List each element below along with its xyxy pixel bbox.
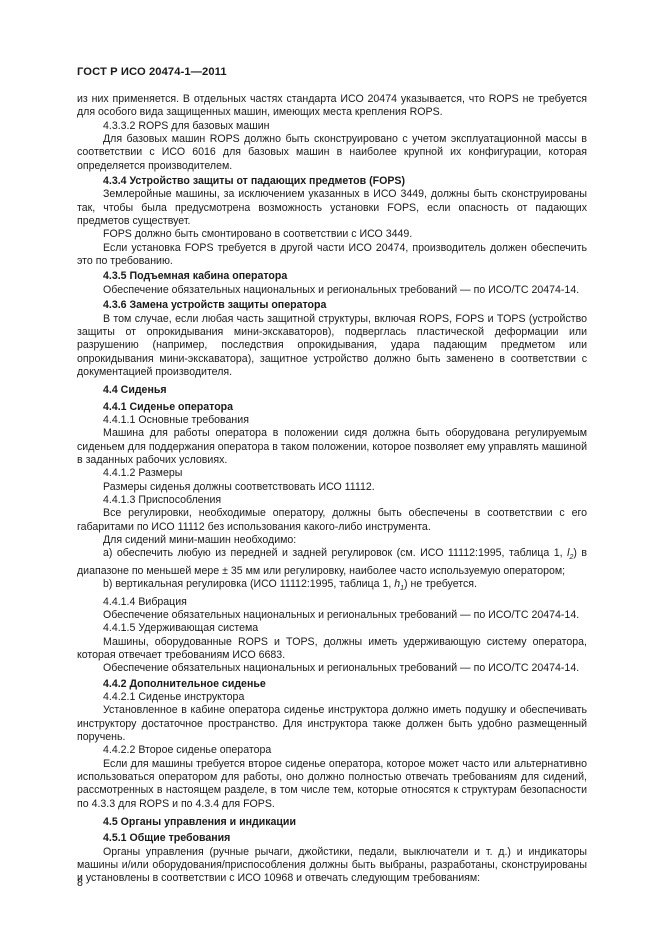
clause-heading: 4.4.1.4 Вибрация [77, 596, 587, 609]
paragraph: Обеспечение обязательных национальных и … [77, 284, 587, 297]
document-header: ГОСТ Р ИСО 20474-1—2011 [77, 66, 227, 78]
clause-heading: 4.3.3.2 ROPS для базовых машин [77, 120, 587, 133]
section-heading: 4.4 Сиденья [77, 384, 587, 397]
paragraph: Для базовых машин ROPS должно быть сконс… [77, 133, 587, 173]
paragraph: Если установка FOPS требуется в другой ч… [77, 242, 587, 269]
list-item: b) вертикальная регулировка (ИСО 11112:1… [77, 578, 587, 595]
paragraph: из них применяется. В отдельных частях с… [77, 93, 587, 120]
paragraph: В том случае, если любая часть защитной … [77, 313, 587, 380]
paragraph: Обеспечение обязательных национальных и … [77, 609, 587, 622]
clause-heading: 4.4.2.1 Сиденье инструктора [77, 691, 587, 704]
clause-heading: 4.4.1.2 Размеры [77, 467, 587, 480]
document-body: из них применяется. В отдельных частях с… [77, 93, 587, 886]
paragraph: Органы управления (ручные рычаги, джойст… [77, 846, 587, 886]
paragraph: Установленное в кабине оператора сиденье… [77, 704, 587, 744]
subsection-heading: 4.3.4 Устройство защиты от падающих пред… [77, 175, 587, 188]
clause-heading: 4.4.1.1 Основные требования [77, 414, 587, 427]
paragraph: FOPS должно быть смонтировано в соответс… [77, 228, 587, 241]
paragraph: Если для машины требуется второе сиденье… [77, 758, 587, 811]
paragraph: Размеры сиденья должны соответствовать И… [77, 481, 587, 494]
paragraph: Машины, оборудованные ROPS и TOPS, должн… [77, 636, 587, 663]
page-number: 8 [77, 877, 83, 889]
subsection-heading: 4.3.6 Замена устройств защиты оператора [77, 299, 587, 312]
clause-heading: 4.4.1.3 Приспособления [77, 494, 587, 507]
paragraph: Землеройные машины, за исключением указа… [77, 188, 587, 228]
paragraph: Все регулировки, необходимые оператору, … [77, 507, 587, 534]
subsection-heading: 4.3.5 Подъемная кабина оператора [77, 270, 587, 283]
section-heading: 4.5 Органы управления и индикации [77, 816, 587, 829]
subsection-heading: 4.4.2 Дополнительное сиденье [77, 678, 587, 691]
clause-heading: 4.4.1.5 Удерживающая система [77, 622, 587, 635]
paragraph: Для сидений мини-машин необходимо: [77, 534, 587, 547]
subsection-heading: 4.5.1 Общие требования [77, 832, 587, 845]
clause-heading: 4.4.2.2 Второе сиденье оператора [77, 744, 587, 757]
paragraph: Машина для работы оператора в положении … [77, 427, 587, 467]
document-page: ГОСТ Р ИСО 20474-1—2011 из них применяет… [0, 0, 661, 936]
subsection-heading: 4.4.1 Сиденье оператора [77, 401, 587, 414]
paragraph: Обеспечение обязательных национальных и … [77, 662, 587, 675]
list-item: a) обеспечить любую из передней и задней… [77, 547, 587, 578]
